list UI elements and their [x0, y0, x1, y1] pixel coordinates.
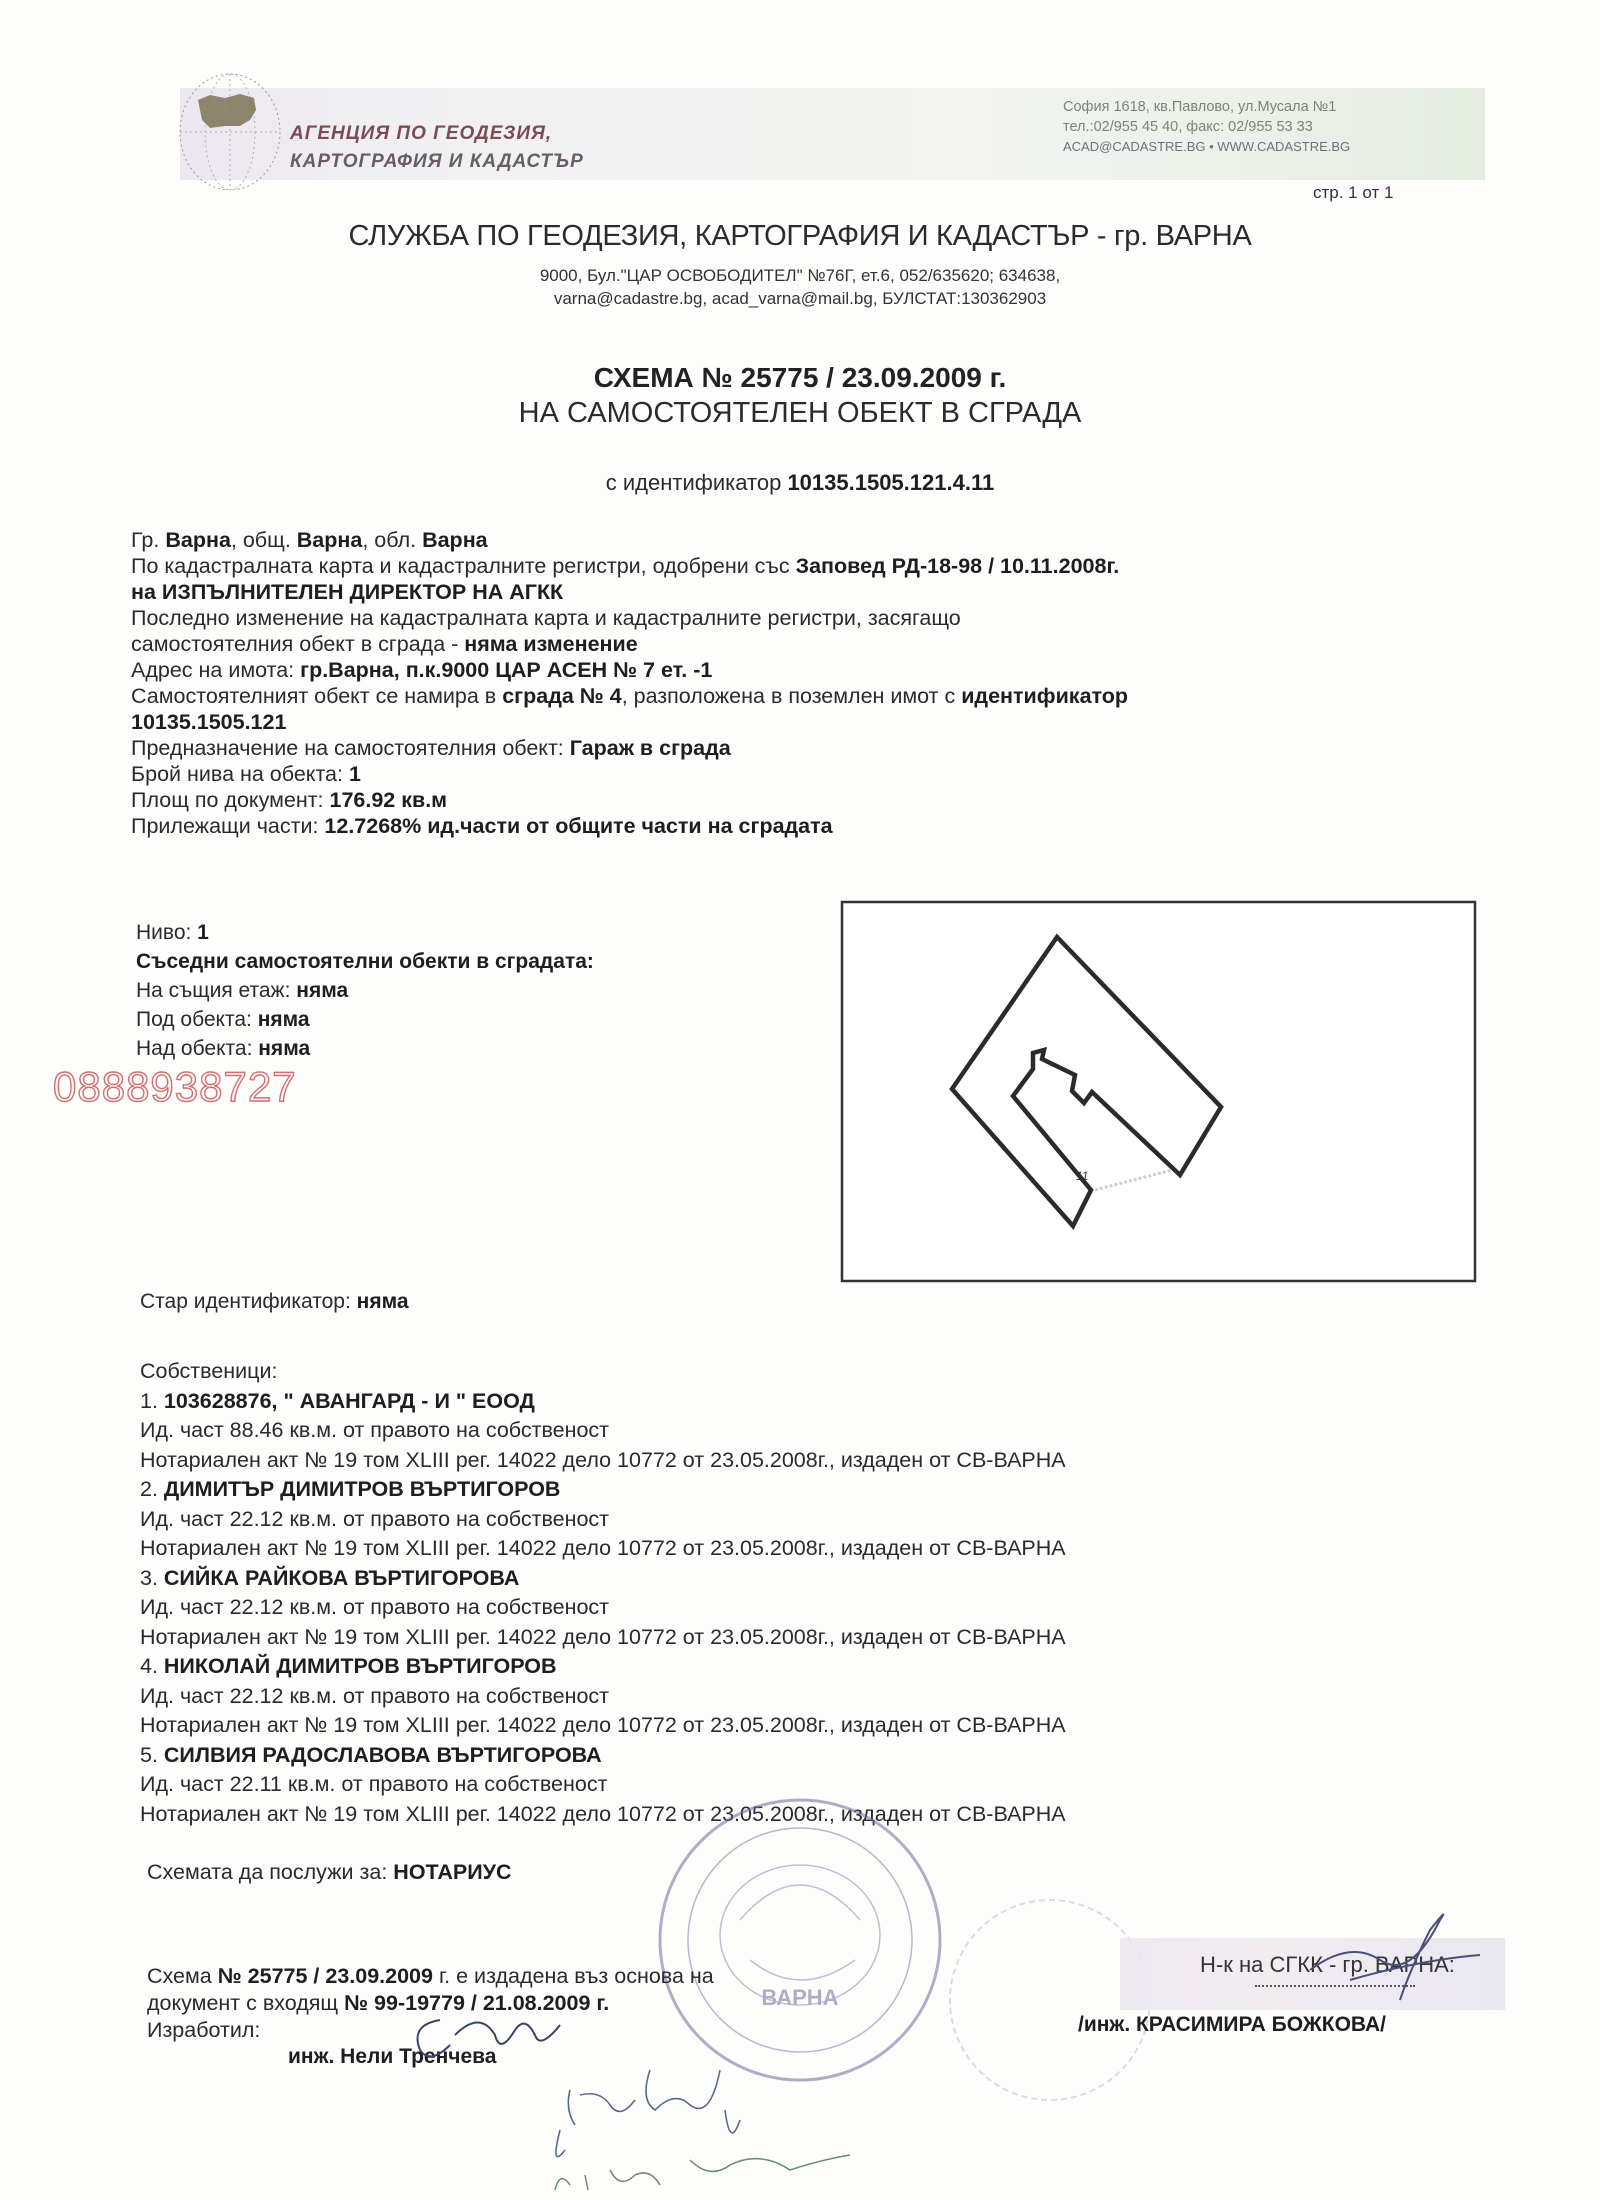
chief-title: Н-к на СГКК - гр. ВАРНА:	[1200, 1952, 1455, 1978]
issuance-line2: документ с входящ № 99-19779 / 21.08.200…	[147, 1990, 714, 2017]
last-change-value: няма изменение	[464, 632, 637, 656]
old-identifier-label: Стар идентификатор:	[140, 1290, 357, 1313]
neighbors-heading: Съседни самостоятелни обекти в сградата:	[136, 947, 594, 976]
document-subtitle: НА САМОСТОЯТЕЛЕН ОБЕКТ В СГРАДА	[0, 397, 1600, 430]
owner-name-line: 1. 103628876, " АВАНГАРД - И " ЕООД	[140, 1387, 1066, 1417]
phone-watermark: 0888938727	[53, 1063, 297, 1111]
levels-line: Брой нива на обекта: 1	[131, 761, 1431, 787]
shares-line: Прилежащи части: 12.7268% ид.части от об…	[131, 813, 1431, 839]
floor-plan-drawing: 11	[840, 900, 1477, 1283]
level-info: Ниво: 1 Съседни самостоятелни обекти в с…	[136, 918, 594, 1063]
municipality-label: , общ.	[231, 528, 297, 552]
scheme-purpose-value: НОТАРИУС	[393, 1860, 511, 1884]
owners-list: 1. 103628876, " АВАНГАРД - И " ЕООДИд. ч…	[140, 1387, 1066, 1830]
object-number-label: 11	[1076, 1169, 1088, 1183]
owner-number: 3.	[140, 1566, 164, 1590]
shares-label: Прилежащи части:	[131, 814, 324, 838]
below-label: Под обекта:	[136, 1008, 258, 1031]
below-line: Под обекта: няма	[136, 1005, 594, 1034]
issued-scheme: № 25775 / 23.09.2009	[218, 1964, 433, 1988]
municipality-value: Варна	[297, 528, 363, 552]
parcel-id-label: идентификатор	[961, 684, 1128, 708]
last-change-line1: Последно изменение на кадастралната карт…	[131, 605, 1431, 631]
city-label: Гр.	[131, 528, 165, 552]
owner-name: ДИМИТЪР ДИМИТРОВ ВЪРТИГОРОВ	[164, 1477, 561, 1501]
parcel-id-value: 10135.1505.121	[131, 710, 286, 734]
below-value: няма	[258, 1008, 310, 1031]
area-label: Площ по документ:	[131, 788, 330, 812]
issued-mid: г. е издадена въз основа на	[433, 1964, 714, 1988]
office-address-line2: varna@cadastre.bg, acad_varna@mail.bg, Б…	[0, 287, 1600, 310]
agency-name-line2: КАРТОГРАФИЯ И КАДАСТЪР	[290, 151, 584, 172]
approval-line: По кадастралната карта и кадастралните р…	[131, 553, 1431, 579]
document-title: СХЕМА № 25775 / 23.09.2009 г.	[0, 362, 1600, 394]
doc-prefix: документ с входящ	[147, 1991, 344, 2015]
identifier-label: с идентификатор	[606, 470, 788, 495]
area-value: 176.92 кв.м	[330, 788, 448, 812]
owner-deed: Нотариален акт № 19 том XLIII рег. 14022…	[140, 1534, 1066, 1564]
same-floor-line: На същия етаж: няма	[136, 976, 594, 1005]
agency-name: АГЕНЦИЯ ПО ГЕОДЕЗИЯ, КАРТОГРАФИЯ И КАДАС…	[290, 120, 584, 176]
agency-name-line1: АГЕНЦИЯ ПО ГЕОДЕЗИЯ,	[290, 123, 552, 144]
address-value: гр.Варна, п.к.9000 ЦАР АСЕН № 7 ет. -1	[300, 658, 712, 682]
purpose-line: Предназначение на самостоятелния обект: …	[131, 735, 1431, 761]
location-line: Гр. Варна, общ. Варна, обл. Варна	[131, 527, 1431, 553]
above-line: Над обекта: няма	[136, 1034, 594, 1063]
building-text2: , разположена в поземлен имот с	[622, 684, 962, 708]
city-value: Варна	[165, 528, 231, 552]
issuance-info: Схема № 25775 / 23.09.2009 г. е издадена…	[147, 1963, 714, 2017]
owner-share: Ид. част 22.12 кв.м. от правото на собст…	[140, 1505, 1066, 1535]
scheme-purpose: Схемата да послужи за: НОТАРИУС	[147, 1860, 512, 1885]
level-value: 1	[197, 921, 209, 944]
office-address-line1: 9000, Бул."ЦАР ОСВОБОДИТЕЛ" №76Г, ет.6, …	[0, 264, 1600, 287]
above-value: няма	[258, 1037, 310, 1060]
same-floor-label: На същия етаж:	[136, 979, 296, 1002]
owner-deed: Нотариален акт № 19 том XLIII рег. 14022…	[140, 1711, 1066, 1741]
agency-contact: София 1618, кв.Павлово, ул.Мусала №1 тел…	[1063, 97, 1350, 157]
last-change-line2: самостоятелния обект в сграда - няма изм…	[131, 631, 1431, 657]
area-line: Площ по документ: 176.92 кв.м	[131, 787, 1431, 813]
owner-entry: 3. СИЙКА РАЙКОВА ВЪРТИГОРОВАИд. част 22.…	[140, 1564, 1066, 1653]
owner-share: Ид. част 88.46 кв.м. от правото на собст…	[140, 1416, 1066, 1446]
level-label: Ниво:	[136, 921, 197, 944]
owner-name: СИЛВИЯ РАДОСЛАВОВА ВЪРТИГОРОВА	[164, 1743, 602, 1767]
parcel-id-line: 10135.1505.121	[131, 709, 1431, 735]
approval-authority-value: на ИЗПЪЛНИТЕЛЕН ДИРЕКТОР НА АГКК	[131, 580, 563, 604]
doc-number: № 99-19779 / 21.08.2009 г.	[344, 1991, 609, 2015]
office-title: СЛУЖБА ПО ГЕОДЕЗИЯ, КАРТОГРАФИЯ И КАДАСТ…	[0, 220, 1600, 253]
made-by-name: инж. Нели Тренчева	[288, 2045, 496, 2069]
owner-number: 4.	[140, 1654, 164, 1678]
made-by-label: Изработил:	[147, 2018, 260, 2043]
approval-authority: на ИЗПЪЛНИТЕЛЕН ДИРЕКТОР НА АГКК	[131, 579, 1431, 605]
purpose-value: Гараж в сграда	[570, 736, 731, 760]
building-line: Самостоятелният обект се намира в сграда…	[131, 683, 1431, 709]
official-stamp-icon: ВАРНА	[640, 1790, 960, 2090]
contact-address: София 1618, кв.Павлово, ул.Мусала №1	[1063, 97, 1350, 117]
owner-name: СИЙКА РАЙКОВА ВЪРТИГОРОВА	[164, 1566, 519, 1590]
owner-number: 5.	[140, 1743, 164, 1767]
issuance-line1: Схема № 25775 / 23.09.2009 г. е издадена…	[147, 1963, 714, 1990]
same-floor-value: няма	[296, 979, 348, 1002]
owner-entry: 4. НИКОЛАЙ ДИМИТРОВ ВЪРТИГОРОВИд. част 2…	[140, 1652, 1066, 1741]
old-identifier: Стар идентификатор: няма	[140, 1290, 409, 1314]
region-label: , обл.	[362, 528, 422, 552]
old-identifier-value: няма	[357, 1290, 409, 1313]
owners-heading: Собственици:	[140, 1357, 1066, 1387]
office-address: 9000, Бул."ЦАР ОСВОБОДИТЕЛ" №76Г, ет.6, …	[0, 264, 1600, 310]
signature-line	[1255, 1985, 1415, 1987]
issued-prefix: Схема	[147, 1964, 218, 1988]
level-line: Ниво: 1	[136, 918, 594, 947]
chief-name: /инж. КРАСИМИРА БОЖКОВА/	[1078, 2013, 1386, 2037]
levels-label: Брой нива на обекта:	[131, 762, 349, 786]
contact-web: ACAD@CADASTRE.BG • WWW.CADASTRE.BG	[1063, 137, 1350, 157]
owner-deed: Нотариален акт № 19 том XLIII рег. 14022…	[140, 1446, 1066, 1476]
scheme-purpose-label: Схемата да послужи за:	[147, 1860, 393, 1884]
owners-section: Собственици: 1. 103628876, " АВАНГАРД - …	[140, 1357, 1066, 1829]
owner-number: 1.	[140, 1389, 164, 1413]
owner-name-line: 4. НИКОЛАЙ ДИМИТРОВ ВЪРТИГОРОВ	[140, 1652, 1066, 1682]
owner-name: 103628876, " АВАНГАРД - И " ЕООД	[164, 1389, 535, 1413]
owner-name-line: 5. СИЛВИЯ РАДОСЛАВОВА ВЪРТИГОРОВА	[140, 1741, 1066, 1771]
owner-share: Ид. част 22.12 кв.м. от правото на собст…	[140, 1593, 1066, 1623]
identifier-value: 10135.1505.121.4.11	[787, 470, 994, 495]
contact-phone: тел.:02/955 45 40, факс: 02/955 53 33	[1063, 117, 1350, 137]
owner-entry: 1. 103628876, " АВАНГАРД - И " ЕООДИд. ч…	[140, 1387, 1066, 1476]
building-value: сграда № 4	[502, 684, 621, 708]
document-identifier: с идентификатор 10135.1505.121.4.11	[0, 470, 1600, 496]
above-label: Над обекта:	[136, 1037, 258, 1060]
approval-order: Заповед РД-18-98 / 10.11.2008г.	[796, 554, 1120, 578]
page-number: стр. 1 от 1	[1313, 183, 1393, 203]
owner-deed: Нотариален акт № 19 том XLIII рег. 14022…	[140, 1623, 1066, 1653]
owner-entry: 2. ДИМИТЪР ДИМИТРОВ ВЪРТИГОРОВИд. част 2…	[140, 1475, 1066, 1564]
shares-value: 12.7268% ид.части от общите части на сгр…	[324, 814, 832, 838]
address-line: Адрес на имота: гр.Варна, п.к.9000 ЦАР А…	[131, 657, 1431, 683]
owner-name-line: 3. СИЙКА РАЙКОВА ВЪРТИГОРОВА	[140, 1564, 1066, 1594]
purpose-label: Предназначение на самостоятелния обект:	[131, 736, 570, 760]
last-change-label: самостоятелния обект в сграда -	[131, 632, 464, 656]
agency-logo-globe-icon	[170, 60, 290, 190]
owner-share: Ид. част 22.12 кв.м. от правото на собст…	[140, 1682, 1066, 1712]
approval-text: По кадастралната карта и кадастралните р…	[131, 554, 796, 578]
building-text1: Самостоятелният обект се намира в	[131, 684, 502, 708]
property-details: Гр. Варна, общ. Варна, обл. Варна По кад…	[131, 527, 1431, 839]
stamp-text: ВАРНА	[761, 1985, 838, 2010]
owner-name: НИКОЛАЙ ДИМИТРОВ ВЪРТИГОРОВ	[164, 1654, 557, 1678]
secondary-stamp-icon	[930, 1870, 1150, 2110]
levels-value: 1	[349, 762, 361, 786]
address-label: Адрес на имота:	[131, 658, 300, 682]
owner-number: 2.	[140, 1477, 164, 1501]
region-value: Варна	[422, 528, 488, 552]
neighbors-heading-text: Съседни самостоятелни обекти в сградата:	[136, 950, 594, 973]
owner-name-line: 2. ДИМИТЪР ДИМИТРОВ ВЪРТИГОРОВ	[140, 1475, 1066, 1505]
